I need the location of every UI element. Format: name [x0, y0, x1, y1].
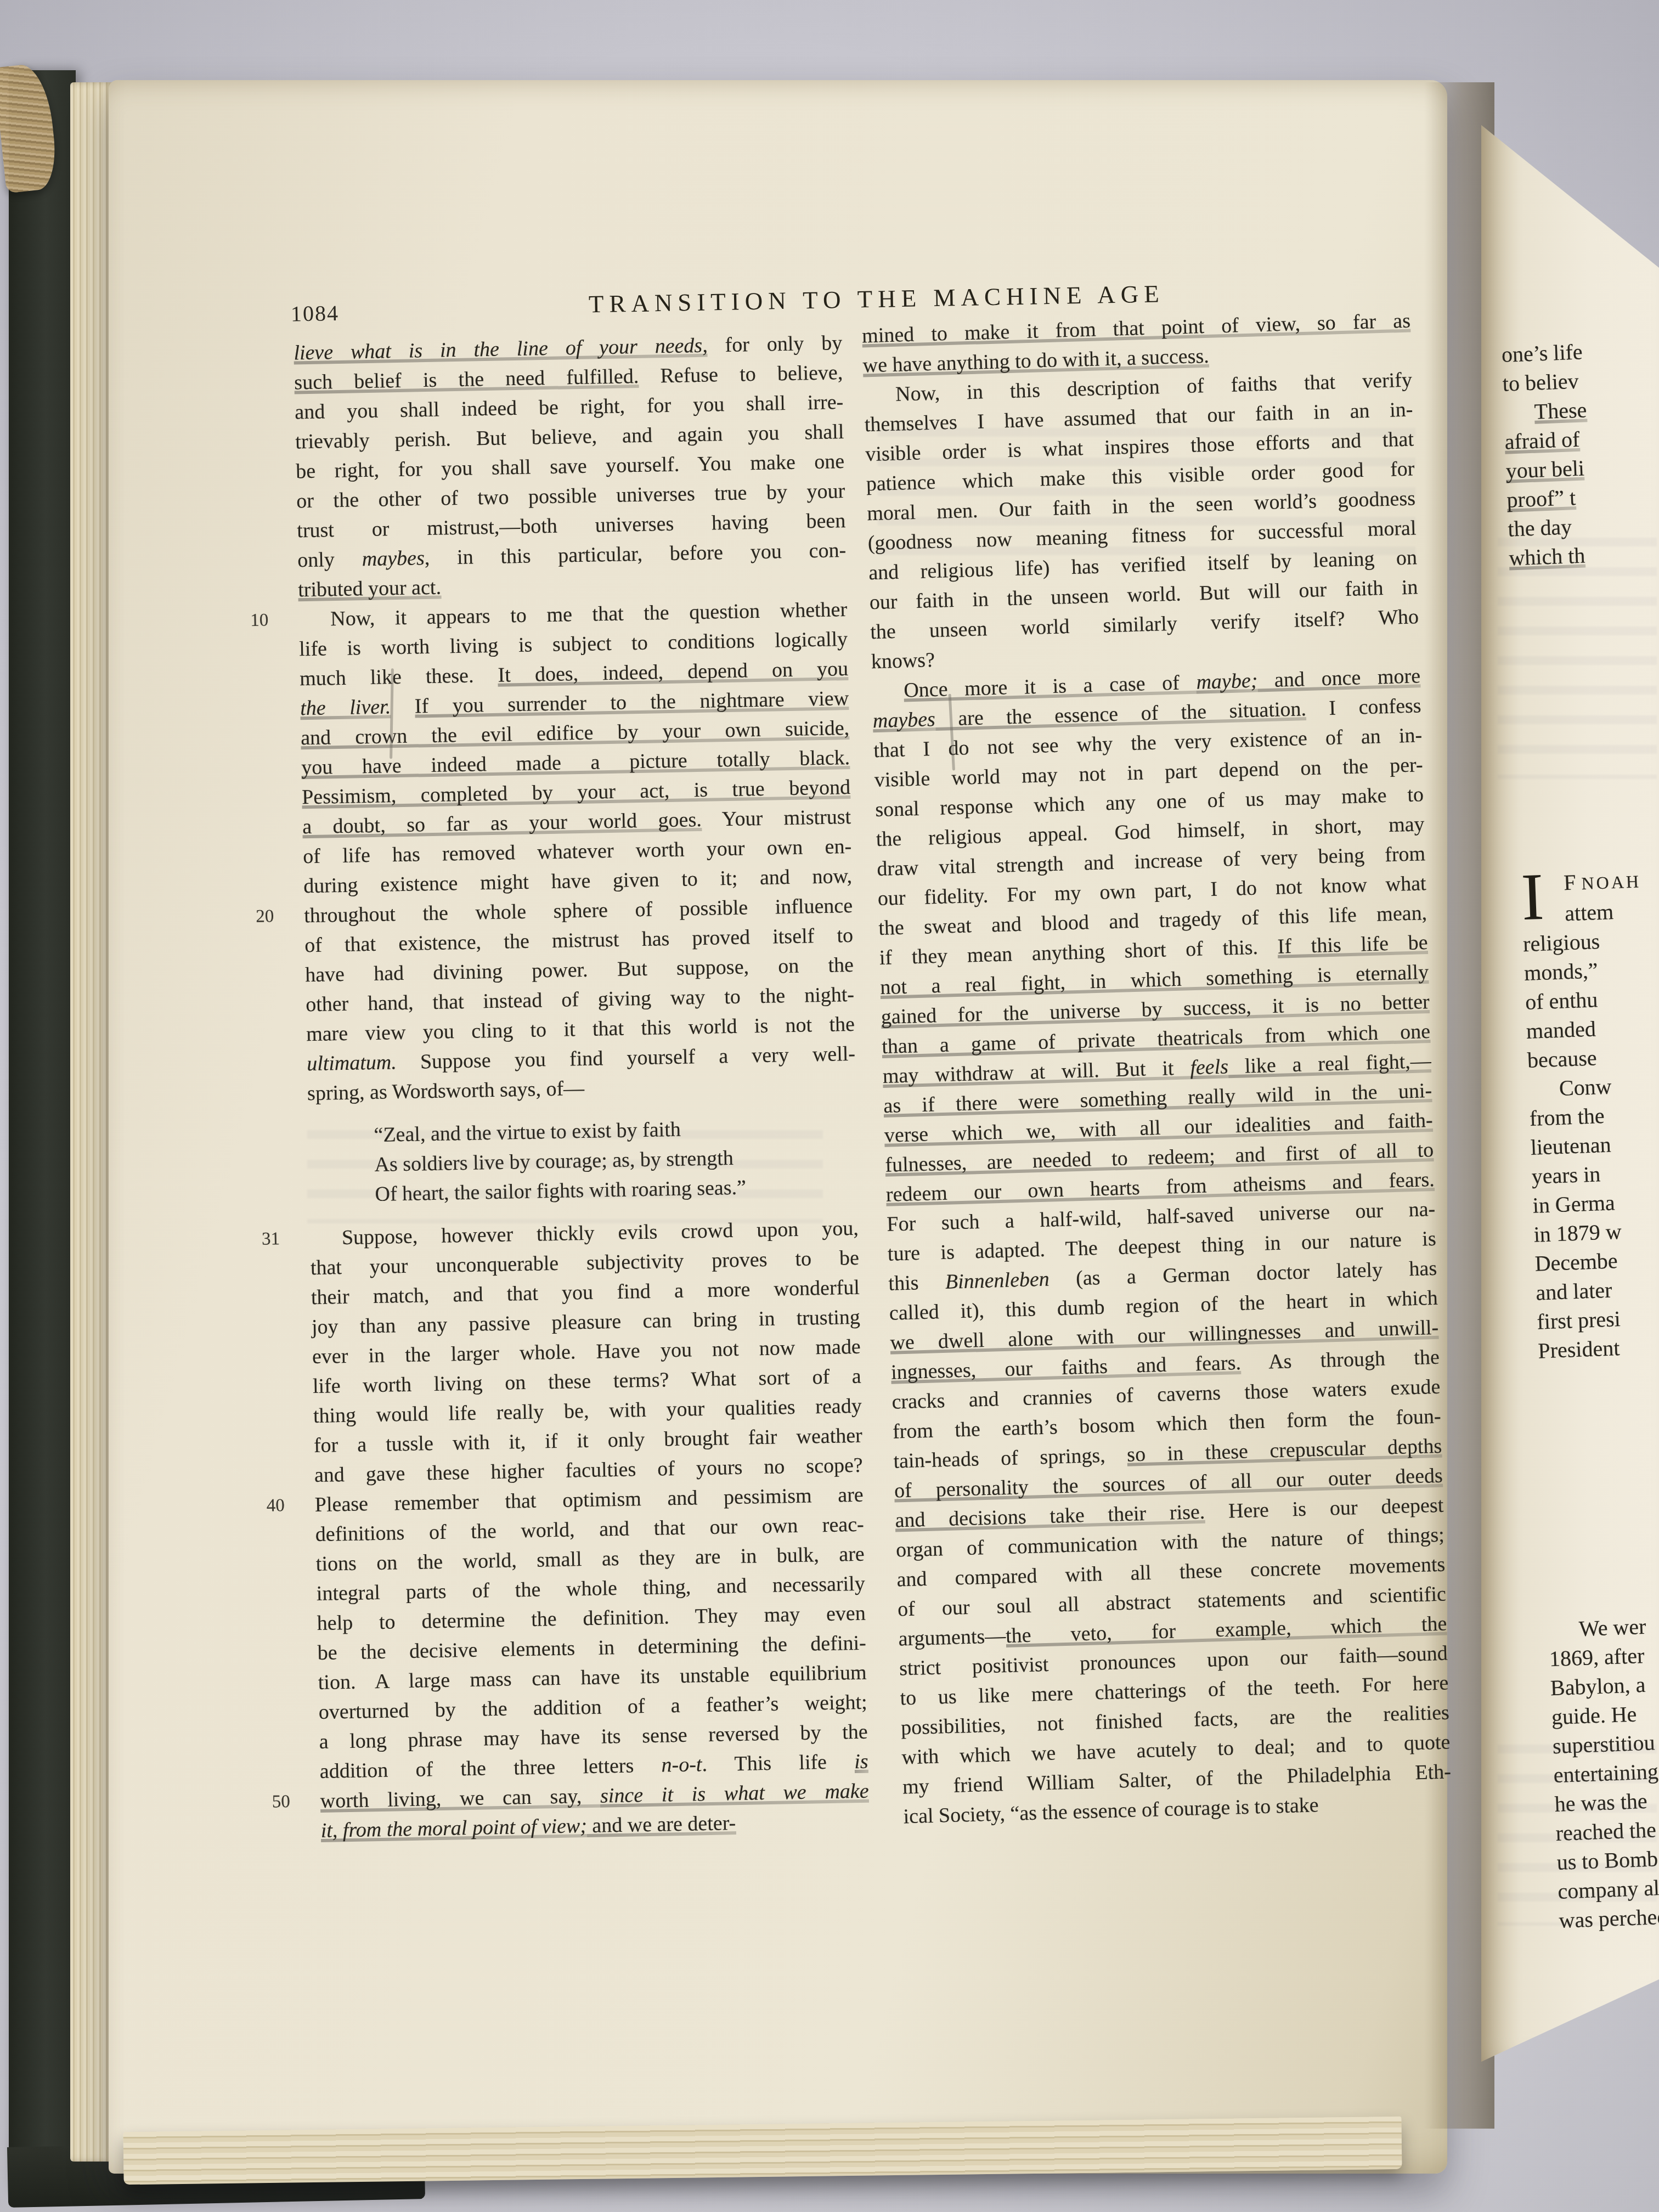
left-page-text-layer: 1084 TRANSITION TO THE MACHINE AGE lieve… — [104, 59, 1481, 2177]
text-run: n-o-t — [661, 1753, 702, 1776]
text-run: F — [1563, 870, 1582, 895]
text-run: Suppose you find yourself a very well- — [396, 1042, 855, 1074]
margin-line-number: 31 — [262, 1223, 301, 1254]
margin-line-number: 40 — [266, 1490, 305, 1520]
pencil-underlined-text: afraid of — [1504, 427, 1580, 455]
text-run: superstitiou — [1552, 1730, 1655, 1758]
text-run: entertaining — [1553, 1759, 1659, 1787]
text-run — [391, 695, 415, 718]
margin-line-number: 10 — [250, 605, 289, 635]
text-run: ultimatum. — [307, 1051, 397, 1075]
text-run: . This life — [702, 1750, 855, 1776]
text-run: of enthu — [1525, 987, 1598, 1014]
text-run: in 1879 w — [1533, 1219, 1622, 1247]
text-run: and later — [1536, 1278, 1612, 1305]
text-run: Babylon, a — [1550, 1672, 1646, 1700]
page-edge-stack-left — [70, 82, 113, 2162]
text-run: religious — [1522, 929, 1600, 956]
pencil-underlined-text: such belief is the need fulfilled. — [294, 365, 639, 395]
pencil-underlined-text: your beli — [1505, 455, 1585, 484]
pencil-underlined-text: It does, indeed, depend on you — [498, 657, 848, 688]
text-column-right: mined to make it from that point of view… — [862, 306, 1453, 1832]
photo-of-open-book: { "colors":{"desk":"#cbcad2","paper":"#e… — [0, 0, 1659, 2212]
text-run: I confess — [1306, 694, 1421, 720]
margin-line-number: 50 — [272, 1786, 311, 1816]
pencil-underlined-text: These — [1534, 397, 1587, 425]
pencil-underlined-text: maybes — [872, 708, 935, 733]
pencil-underlined-text: a doubt, so far as your world goes. — [302, 808, 702, 839]
text-column-left: lieve what is in the line of your needs,… — [294, 328, 870, 1846]
text-run: only — [297, 548, 362, 572]
pencil-underlined-text: like a real fight,— — [1228, 1049, 1431, 1079]
text-run: lieutenan — [1530, 1132, 1611, 1160]
pencil-underlined-text: maybe; — [1196, 669, 1258, 695]
pencil-underlined-text: which th — [1509, 543, 1586, 572]
text-run: 1869, after — [1549, 1643, 1645, 1671]
pencil-underlined-text: is — [854, 1750, 868, 1774]
right-page-text-layer: one’s lifeto believTheseafraid ofyour be… — [1481, 87, 1659, 2062]
text-run: As through the — [1240, 1346, 1440, 1374]
text-run: the day — [1508, 514, 1572, 541]
text-run: monds,” — [1523, 958, 1598, 985]
pencil-underlined-text: the liver. — [300, 695, 391, 721]
text-run: because — [1527, 1045, 1597, 1073]
text-run: addition of the three letters — [319, 1754, 662, 1783]
text-run: Decembe — [1534, 1248, 1618, 1276]
pencil-underlined-text: worth living, we can say, — [320, 1785, 600, 1814]
text-run: Refuse to believe, — [639, 361, 843, 388]
text-run: maybes — [362, 546, 425, 571]
text-run: much like these. — [300, 664, 498, 691]
text-run: guide. He — [1551, 1702, 1637, 1730]
text-run: arguments— — [898, 1624, 1006, 1650]
text-run: knows? — [871, 648, 935, 673]
text-run: reached the — [1555, 1817, 1657, 1846]
pencil-underlined-text: it, from the moral point of view; — [320, 1814, 587, 1843]
text-run: us to Bomb — [1556, 1846, 1658, 1875]
text-run: spring, as Wordsworth says, of— — [307, 1077, 585, 1105]
pencil-underlined-text: since it is what we make — [600, 1780, 869, 1809]
text-run: company al — [1558, 1875, 1659, 1904]
text-run: manded — [1526, 1016, 1596, 1043]
text-run: “Zeal, and the virtue to exist by faith — [374, 1118, 681, 1147]
margin-line-number: 20 — [256, 901, 295, 932]
text-run: Of heart, the sailor fights with roaring… — [375, 1176, 746, 1206]
right-page-block-bottom: We wer1869, afterBabylon, aguide. Hesupe… — [1548, 1603, 1659, 1935]
text-run: first presi — [1537, 1306, 1621, 1334]
text-run: one’s life — [1501, 339, 1583, 366]
text-run: this — [888, 1271, 946, 1295]
text-run: for only by — [707, 331, 842, 357]
book-cover-left-edge — [9, 70, 76, 2191]
text-run: Here is our deepest — [1205, 1494, 1444, 1523]
text-run: years in — [1531, 1161, 1601, 1189]
text-run: Binnenleben — [945, 1268, 1049, 1294]
text-run: he was the — [1554, 1788, 1647, 1816]
pencil-underlined-text: and we are deter- — [586, 1812, 736, 1838]
text-run: tain-heads of springs, — [893, 1443, 1127, 1473]
page-number: 1084 — [291, 300, 340, 327]
text-run: from the — [1529, 1103, 1605, 1131]
right-page-block-middle: I F NOAHattemreligiousmonds,”of enthuman… — [1520, 857, 1659, 1365]
text-run: was perched — [1559, 1904, 1659, 1933]
text-run: Your mistrust — [701, 805, 851, 831]
text-run: , in this particular, before you con- — [424, 539, 846, 569]
text-run: to believ — [1502, 369, 1579, 396]
text-run: As soldiers live by courage; as, by stre… — [374, 1147, 733, 1176]
text-line: one’s life — [1501, 328, 1659, 369]
text-line: We wer — [1548, 1603, 1659, 1644]
text-run: We wer — [1578, 1614, 1646, 1641]
pencil-underlined-text: feels — [1190, 1055, 1229, 1080]
text-run: NOAH — [1581, 871, 1641, 893]
pencil-underlined-text: If this life be — [1277, 931, 1428, 960]
pencil-underlined-text: proof” t — [1506, 485, 1576, 513]
text-run: attem — [1564, 899, 1613, 926]
right-page-block-top: one’s lifeto believTheseafraid ofyour be… — [1501, 328, 1659, 573]
text-run: Conw — [1559, 1074, 1612, 1100]
pencil-underlined-text: tributed your act. — [298, 576, 441, 603]
text-run: in Germa — [1532, 1190, 1616, 1217]
pencil-underlined-text: and once more — [1257, 664, 1421, 693]
text-run: President — [1538, 1335, 1620, 1363]
